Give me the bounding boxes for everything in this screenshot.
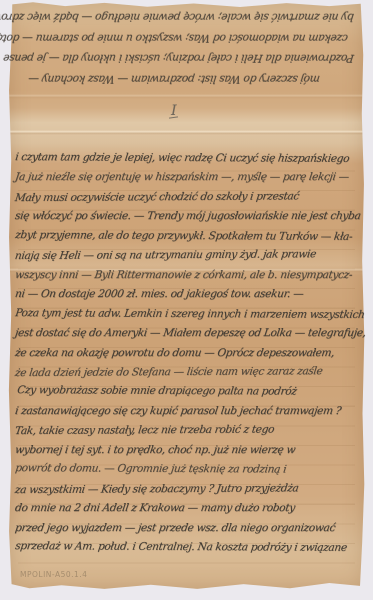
handwriting-line: Poza tym jest tu adw. Lemkin i szereg in… bbox=[14, 304, 360, 325]
inverted-handwriting-block: mój szczery do Was list: pozdrawiam — Wa… bbox=[18, 7, 354, 89]
handwriting-line: by nie zmartwić się wcale; wrócę pewnie … bbox=[17, 7, 356, 28]
handwriting-line: powrót do domu. — Ogromnie już tęsknię z… bbox=[14, 459, 360, 480]
handwriting-line: Pozdrowienia dla Heli i całej rodziny; u… bbox=[17, 48, 356, 69]
handwriting-line: mój szczery do Was list: pozdrawiam — Wa… bbox=[17, 69, 322, 90]
handwriting-line: że czeka na okazję powrotu do domu — Opr… bbox=[14, 344, 361, 363]
handwriting-line: że lada dzień jedzie do Stefana — liście… bbox=[14, 362, 361, 384]
scan-background: mój szczery do Was list: pozdrawiam — Wa… bbox=[0, 0, 373, 600]
handwriting-line: Mały musi oczywiście uczyć chodzić do sz… bbox=[14, 187, 361, 209]
inventory-number: MPOLIN-A50.1.4 bbox=[20, 570, 87, 579]
handwriting-line: Tak, takie czasy nastały, lecz nie trzeb… bbox=[14, 420, 361, 442]
handwriting-line: jest dostać się do Ameryki — Miałem depe… bbox=[14, 324, 361, 343]
handwriting-line: czekam na wiadomości od Was; wszystko u … bbox=[17, 28, 350, 49]
handwriting-line: za wszystkimi — Kiedy się zobaczymy ? Ju… bbox=[14, 479, 361, 501]
handwriting-line: Ja już nieźle się orjentuję w hiszpański… bbox=[14, 168, 361, 187]
handwriting-line: wszyscy inni — Byli Rittermanowie z córk… bbox=[14, 266, 361, 285]
handwriting-line: wybornej i tej syt. i to prędko, choć np… bbox=[14, 441, 361, 460]
handwriting-line: niają się Heli — oni są na utrzymaniu gm… bbox=[14, 245, 361, 267]
handwriting-line: Czy wyobrażasz sobie mnie drapiącego pal… bbox=[16, 382, 360, 403]
handwriting-line: się włóczyć po świecie. — Trendy mój jug… bbox=[14, 207, 361, 226]
page-number: I bbox=[171, 103, 178, 118]
fold-crease bbox=[8, 130, 365, 135]
handwriting-line: przed jego wyjazdem — jest przede wsz. d… bbox=[14, 519, 361, 538]
handwriting-line: ni — On dostaje 2000 zł. mies. od jakieg… bbox=[14, 285, 361, 304]
handwriting-line: sprzedaż w Am. połud. i Centralnej. Na k… bbox=[14, 537, 360, 558]
fold-crease bbox=[8, 94, 365, 99]
handwriting-line: i czytam tam gdzie je lepiej, więc radzę… bbox=[14, 148, 360, 169]
handwriting-line: i zastanawiającego się czy kupić parasol… bbox=[14, 402, 361, 421]
letter-body: i czytam tam gdzie je lepiej, więc radzę… bbox=[15, 149, 359, 558]
handwriting-line: zbyt przyjemne, ale do tego przywykł. Sp… bbox=[14, 226, 360, 247]
handwriting-line: do mnie na 2 dni Adell z Krakowa — mamy … bbox=[14, 499, 361, 518]
